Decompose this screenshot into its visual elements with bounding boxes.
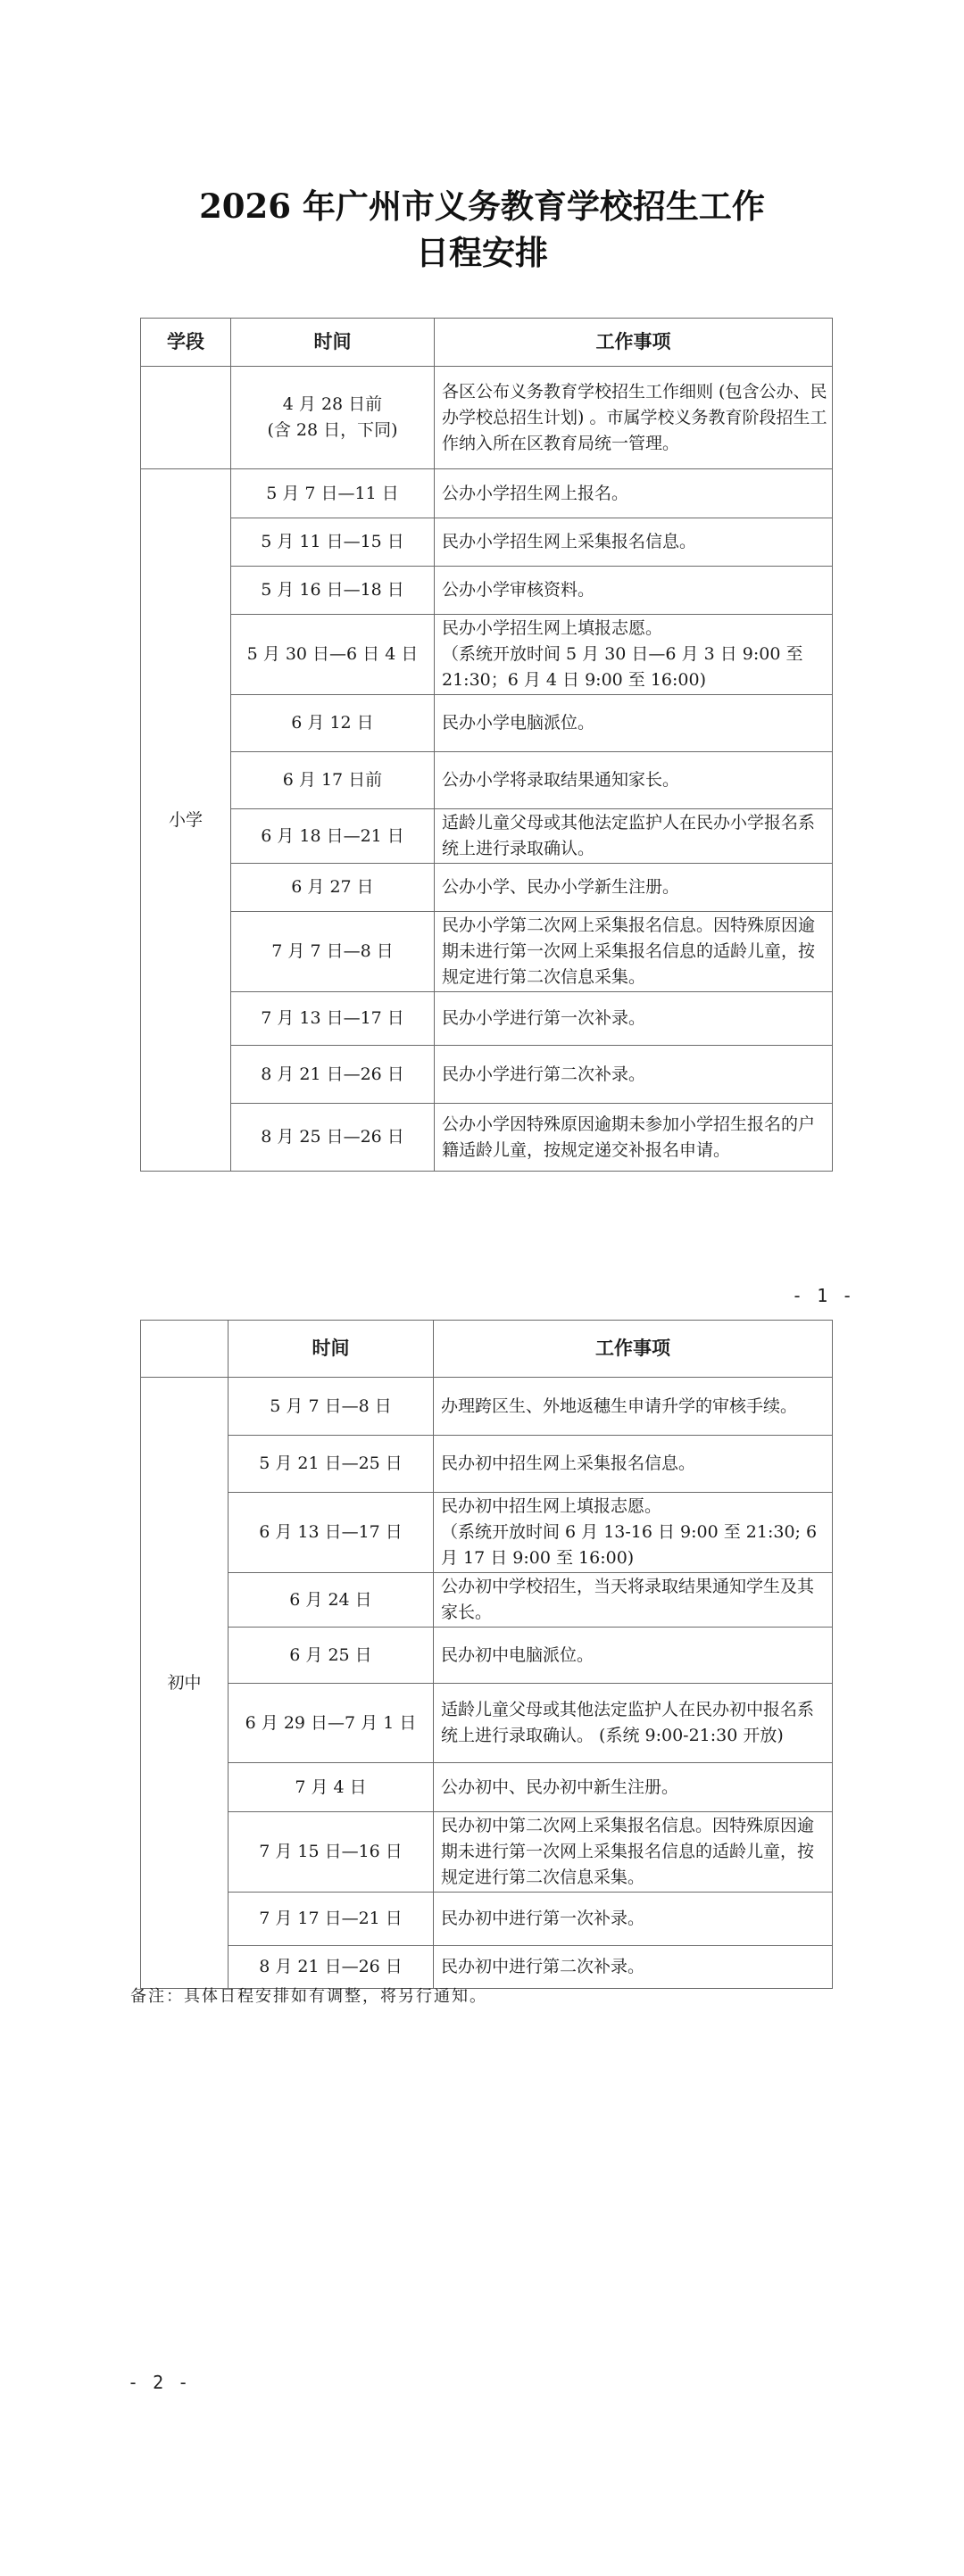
table-row: 5 月 11 日—15 日 民办小学招生网上采集报名信息。 <box>141 518 833 567</box>
page-number-1: - 1 - <box>792 1285 854 1306</box>
task-cell: 民办初中电脑派位。 <box>434 1628 833 1684</box>
remark-note: 备注：具体日程安排如有调整，将另行通知。 <box>130 1984 487 2007</box>
time-cell: 8 月 25 日—26 日 <box>231 1104 435 1172</box>
table-row: 7 月 17 日—21 日 民办初中进行第一次补录。 <box>141 1893 833 1946</box>
table-row: 8 月 21 日—26 日 民办初中进行第二次补录。 <box>141 1946 833 1989</box>
task-cell: 公办初中学校招生，当天将录取结果通知学生及其家长。 <box>434 1573 833 1628</box>
stage-cell-primary: 小学 <box>141 469 231 1172</box>
schedule-table-junior: 时间 工作事项 初中 5 月 7 日—8 日 办理跨区生、外地返穗生申请升学的审… <box>140 1320 833 1989</box>
table-row: 6 月 24 日 公办初中学校招生，当天将录取结果通知学生及其家长。 <box>141 1573 833 1628</box>
task-note: （系统开放时间 5 月 30 日—6 月 3 日 9:00 至 21:30；6 … <box>442 642 828 693</box>
task-cell: 民办初中招生网上采集报名信息。 <box>434 1436 833 1493</box>
time-cell: 5 月 30 日—6 日 4 日 <box>231 615 435 695</box>
task-cell: 民办小学第二次网上采集报名信息。因特殊原因逾期未进行第一次网上采集报名信息的适龄… <box>435 912 833 992</box>
header-time: 时间 <box>231 319 435 367</box>
time-line1: 4 月 28 日前 <box>231 392 434 418</box>
table-row: 6 月 18 日—21 日 适龄儿童父母或其他法定监护人在民办小学报名系统上进行… <box>141 809 833 864</box>
table-row: 6 月 27 日 公办小学、民办小学新生注册。 <box>141 864 833 912</box>
time-cell: 7 月 13 日—17 日 <box>231 992 435 1046</box>
time-cell: 7 月 7 日—8 日 <box>231 912 435 992</box>
time-cell: 6 月 25 日 <box>229 1628 434 1684</box>
task-cell: 民办初中招生网上填报志愿。 （系统开放时间 6 月 13-16 日 9:00 至… <box>434 1493 833 1573</box>
task-main: 民办小学招生网上填报志愿。 <box>442 616 828 642</box>
table-row: 5 月 16 日—18 日 公办小学审核资料。 <box>141 567 833 615</box>
header-stage <box>141 1321 229 1378</box>
task-cell: 适龄儿童父母或其他法定监护人在民办初中报名系统上进行录取确认。 (系统 9:00… <box>434 1684 833 1763</box>
task-cell: 民办小学招生网上采集报名信息。 <box>435 518 833 567</box>
page-number-2: - 2 - <box>128 2372 190 2393</box>
task-cell: 公办小学将录取结果通知家长。 <box>435 752 833 809</box>
task-cell: 公办初中、民办初中新生注册。 <box>434 1763 833 1812</box>
time-cell: 6 月 29 日—7 月 1 日 <box>229 1684 434 1763</box>
time-cell: 6 月 12 日 <box>231 695 435 752</box>
task-cell: 公办小学因特殊原因逾期未参加小学招生报名的户籍适龄儿童，按规定递交补报名申请。 <box>435 1104 833 1172</box>
table-header-row: 时间 工作事项 <box>141 1321 833 1378</box>
table-row: 6 月 25 日 民办初中电脑派位。 <box>141 1628 833 1684</box>
time-line2: (含 28 日，下同) <box>231 418 434 443</box>
table-row: 7 月 7 日—8 日 民办小学第二次网上采集报名信息。因特殊原因逾期未进行第一… <box>141 912 833 992</box>
task-cell: 公办小学招生网上报名。 <box>435 469 833 518</box>
document-title-line1: 2026 年广州市义务教育学校招生工作 <box>0 183 964 229</box>
table-row: 初中 5 月 7 日—8 日 办理跨区生、外地返穗生申请升学的审核手续。 <box>141 1378 833 1436</box>
time-cell: 7 月 4 日 <box>229 1763 434 1812</box>
table-header-row: 学段 时间 工作事项 <box>141 319 833 367</box>
header-stage: 学段 <box>141 319 231 367</box>
time-cell: 4 月 28 日前 (含 28 日，下同) <box>231 367 435 469</box>
task-cell: 民办小学招生网上填报志愿。 （系统开放时间 5 月 30 日—6 月 3 日 9… <box>435 615 833 695</box>
table-row: 7 月 13 日—17 日 民办小学进行第一次补录。 <box>141 992 833 1046</box>
time-cell: 5 月 16 日—18 日 <box>231 567 435 615</box>
document-title-line2: 日程安排 <box>0 229 964 276</box>
table-row: 8 月 21 日—26 日 民办小学进行第二次补录。 <box>141 1046 833 1104</box>
task-cell: 民办小学电脑派位。 <box>435 695 833 752</box>
task-cell: 民办初中进行第一次补录。 <box>434 1893 833 1946</box>
time-cell: 8 月 21 日—26 日 <box>229 1946 434 1989</box>
task-main: 民办初中招生网上填报志愿。 <box>441 1494 828 1520</box>
header-task: 工作事项 <box>434 1321 833 1378</box>
table-row: 6 月 13 日—17 日 民办初中招生网上填报志愿。 （系统开放时间 6 月 … <box>141 1493 833 1573</box>
table-row: 7 月 4 日 公办初中、民办初中新生注册。 <box>141 1763 833 1812</box>
task-cell: 适龄儿童父母或其他法定监护人在民办小学报名系统上进行录取确认。 <box>435 809 833 864</box>
time-cell: 7 月 17 日—21 日 <box>229 1893 434 1946</box>
time-cell: 5 月 21 日—25 日 <box>229 1436 434 1493</box>
table-row: 7 月 15 日—16 日 民办初中第二次网上采集报名信息。因特殊原因逾期未进行… <box>141 1812 833 1893</box>
time-cell: 7 月 15 日—16 日 <box>229 1812 434 1893</box>
time-cell: 8 月 21 日—26 日 <box>231 1046 435 1104</box>
time-cell: 6 月 17 日前 <box>231 752 435 809</box>
task-cell: 民办初中进行第二次补录。 <box>434 1946 833 1989</box>
task-cell: 公办小学审核资料。 <box>435 567 833 615</box>
task-cell: 民办小学进行第二次补录。 <box>435 1046 833 1104</box>
table-row: 5 月 21 日—25 日 民办初中招生网上采集报名信息。 <box>141 1436 833 1493</box>
time-cell: 5 月 11 日—15 日 <box>231 518 435 567</box>
time-cell: 6 月 27 日 <box>231 864 435 912</box>
time-cell: 6 月 13 日—17 日 <box>229 1493 434 1573</box>
table-row: 6 月 29 日—7 月 1 日 适龄儿童父母或其他法定监护人在民办初中报名系统… <box>141 1684 833 1763</box>
header-time: 时间 <box>229 1321 434 1378</box>
table-row: 6 月 17 日前 公办小学将录取结果通知家长。 <box>141 752 833 809</box>
stage-cell-empty <box>141 367 231 469</box>
table-row: 小学 5 月 7 日—11 日 公办小学招生网上报名。 <box>141 469 833 518</box>
task-cell: 办理跨区生、外地返穗生申请升学的审核手续。 <box>434 1378 833 1436</box>
task-note: （系统开放时间 6 月 13-16 日 9:00 至 21:30; 6 月 17… <box>441 1520 828 1571</box>
table-row: 6 月 12 日 民办小学电脑派位。 <box>141 695 833 752</box>
table-row: 5 月 30 日—6 日 4 日 民办小学招生网上填报志愿。 （系统开放时间 5… <box>141 615 833 695</box>
stage-cell-junior: 初中 <box>141 1378 229 1989</box>
schedule-table-primary: 学段 时间 工作事项 4 月 28 日前 (含 28 日，下同) 各区公布义务教… <box>140 318 833 1172</box>
table-row: 8 月 25 日—26 日 公办小学因特殊原因逾期未参加小学招生报名的户籍适龄儿… <box>141 1104 833 1172</box>
time-cell: 5 月 7 日—11 日 <box>231 469 435 518</box>
table-row-preamble: 4 月 28 日前 (含 28 日，下同) 各区公布义务教育学校招生工作细则 (… <box>141 367 833 469</box>
document-title: 2026 年广州市义务教育学校招生工作 日程安排 <box>0 183 964 276</box>
time-cell: 6 月 18 日—21 日 <box>231 809 435 864</box>
header-task: 工作事项 <box>435 319 833 367</box>
task-cell: 民办小学进行第一次补录。 <box>435 992 833 1046</box>
time-cell: 6 月 24 日 <box>229 1573 434 1628</box>
time-cell: 5 月 7 日—8 日 <box>229 1378 434 1436</box>
task-cell: 各区公布义务教育学校招生工作细则 (包含公办、民办学校总招生计划) 。市属学校义… <box>435 367 833 469</box>
task-cell: 公办小学、民办小学新生注册。 <box>435 864 833 912</box>
task-cell: 民办初中第二次网上采集报名信息。因特殊原因逾期未进行第一次网上采集报名信息的适龄… <box>434 1812 833 1893</box>
